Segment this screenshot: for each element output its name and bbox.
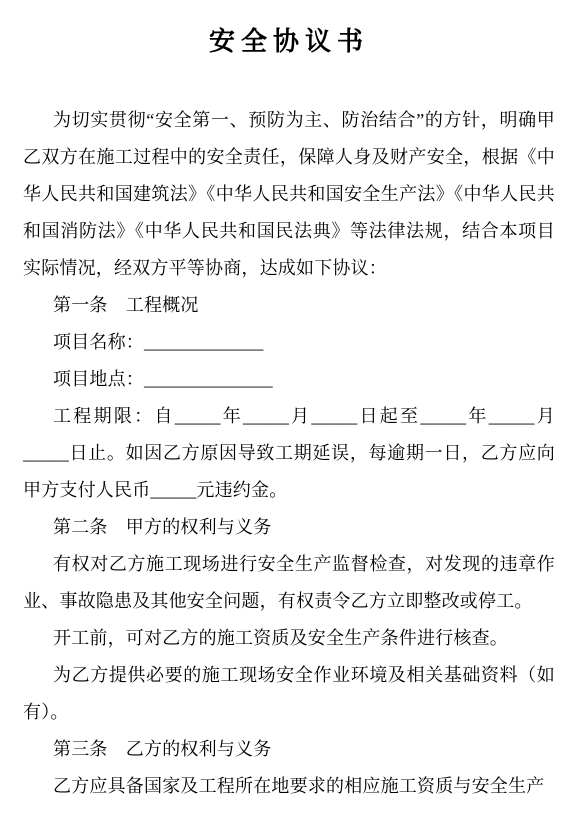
section-3-heading: 第三条 乙方的权利与义务 (23, 731, 555, 768)
project-name-line: 项目名称：_____________ (23, 324, 555, 361)
document-title: 安全协议书 (23, 22, 555, 62)
document-page: 安全协议书 为切实贯彻“安全第一、预防为主、防治结合”的方针，明确甲乙双方在施工… (0, 0, 563, 816)
party-a-clause-site-environment: 为乙方提供必要的施工现场安全作业环境及相关基础资料（如有）。 (23, 657, 555, 731)
section-1-heading: 第一条 工程概况 (23, 287, 555, 324)
project-location-line: 项目地点：______________ (23, 361, 555, 398)
party-a-clause-supervision: 有权对乙方施工现场进行安全生产监督检查，对发现的违章作业、事故隐患及其他安全问题… (23, 546, 555, 620)
intro-paragraph: 为切实贯彻“安全第一、预防为主、防治结合”的方针，明确甲乙双方在施工过程中的安全… (23, 102, 555, 287)
project-duration-clause: 工程期限：自_____年_____月_____日起至_____年_____月__… (23, 398, 555, 509)
party-a-clause-qualification-check: 开工前，可对乙方的施工资质及安全生产条件进行核查。 (23, 620, 555, 657)
document-title-text: 安全协议书 (209, 27, 369, 56)
section-2-heading: 第二条 甲方的权利与义务 (23, 509, 555, 546)
party-b-clause-qualification: 乙方应具备国家及工程所在地要求的相应施工资质与安全生产 (23, 768, 555, 805)
